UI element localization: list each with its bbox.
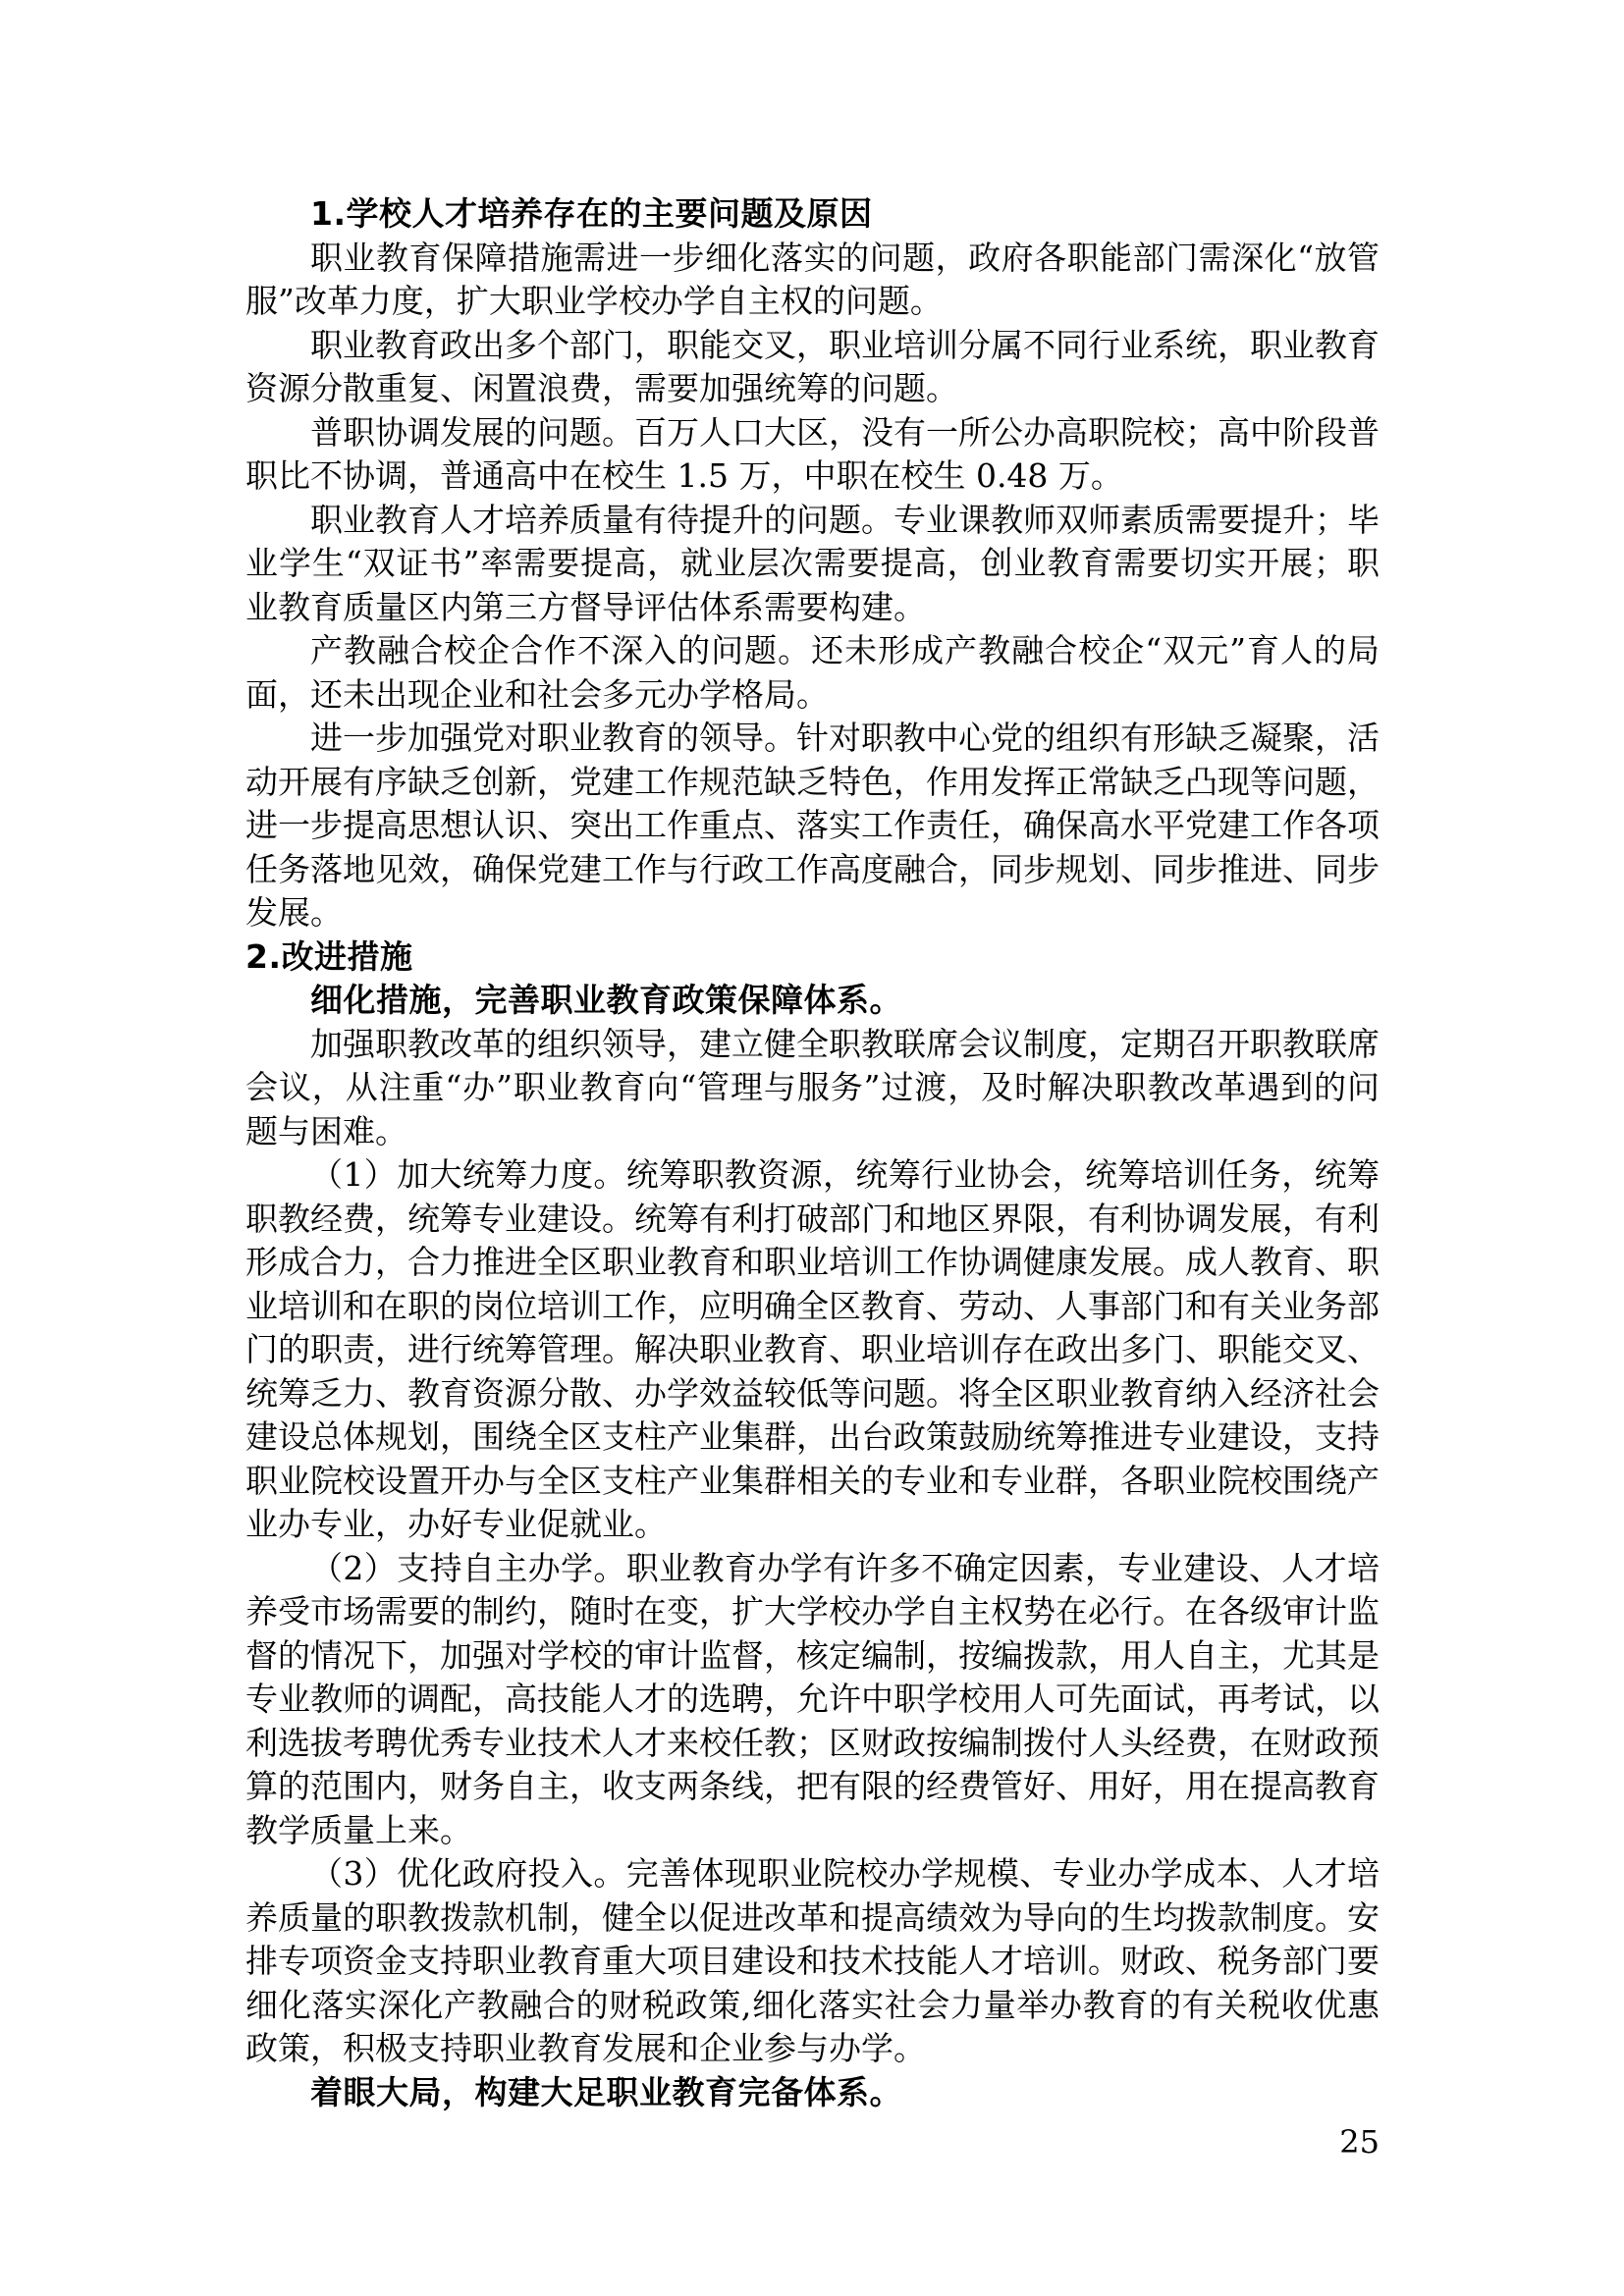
document-page: 1.学校人才培养存在的主要问题及原因 职业教育保障措施需进一步细化落实的问题，政…	[0, 0, 1624, 2296]
paragraph-joint-conference: 加强职教改革的组织领导，建立健全职教联席会议制度，定期召开职教联席会议，从注重“…	[245, 1023, 1380, 1154]
subheading-refine-measures: 细化措施，完善职业教育政策保障体系。	[245, 979, 1380, 1023]
paragraph-party-leadership: 进一步加强党对职业教育的领导。针对职教中心党的组织有形缺乏凝聚，活动开展有序缺乏…	[245, 717, 1380, 935]
section-heading-problems: 1.学校人才培养存在的主要问题及原因	[245, 192, 1380, 237]
paragraph-item3-government-investment: （3）优化政府投入。完善体现职业院校办学规模、专业办学成本、人才培养质量的职教拨…	[245, 1852, 1380, 2071]
paragraph-item2-autonomous-schooling: （2）支持自主办学。职业教育办学有许多不确定因素，专业建设、人才培养受市场需要的…	[245, 1547, 1380, 1853]
section-heading-improvements: 2.改进措施	[245, 935, 1380, 980]
paragraph-training-quality: 职业教育人才培养质量有待提升的问题。专业课教师双师素质需要提升；毕业学生“双证书…	[245, 499, 1380, 630]
paragraph-multiple-departments: 职业教育政出多个部门，职能交叉，职业培训分属不同行业系统，职业教育资源分散重复、…	[245, 324, 1380, 411]
paragraph-guarantee-measures: 职业教育保障措施需进一步细化落实的问题，政府各职能部门需深化“放管服”改革力度，…	[245, 237, 1380, 324]
subheading-overall-system: 着眼大局，构建大足职业教育完备体系。	[245, 2071, 1380, 2115]
paragraph-coordination-issue: 普职协调发展的问题。百万人口大区，没有一所公办高职院校；高中阶段普职比不协调，普…	[245, 411, 1380, 499]
paragraph-industry-education-integration: 产教融合校企合作不深入的问题。还未形成产教融合校企“双元”育人的局面，还未出现企…	[245, 629, 1380, 717]
paragraph-item1-overall-planning: （1）加大统筹力度。统筹职教资源，统筹行业协会，统筹培训任务，统筹职教经费，统筹…	[245, 1153, 1380, 1547]
page-number: 25	[1339, 2122, 1380, 2162]
